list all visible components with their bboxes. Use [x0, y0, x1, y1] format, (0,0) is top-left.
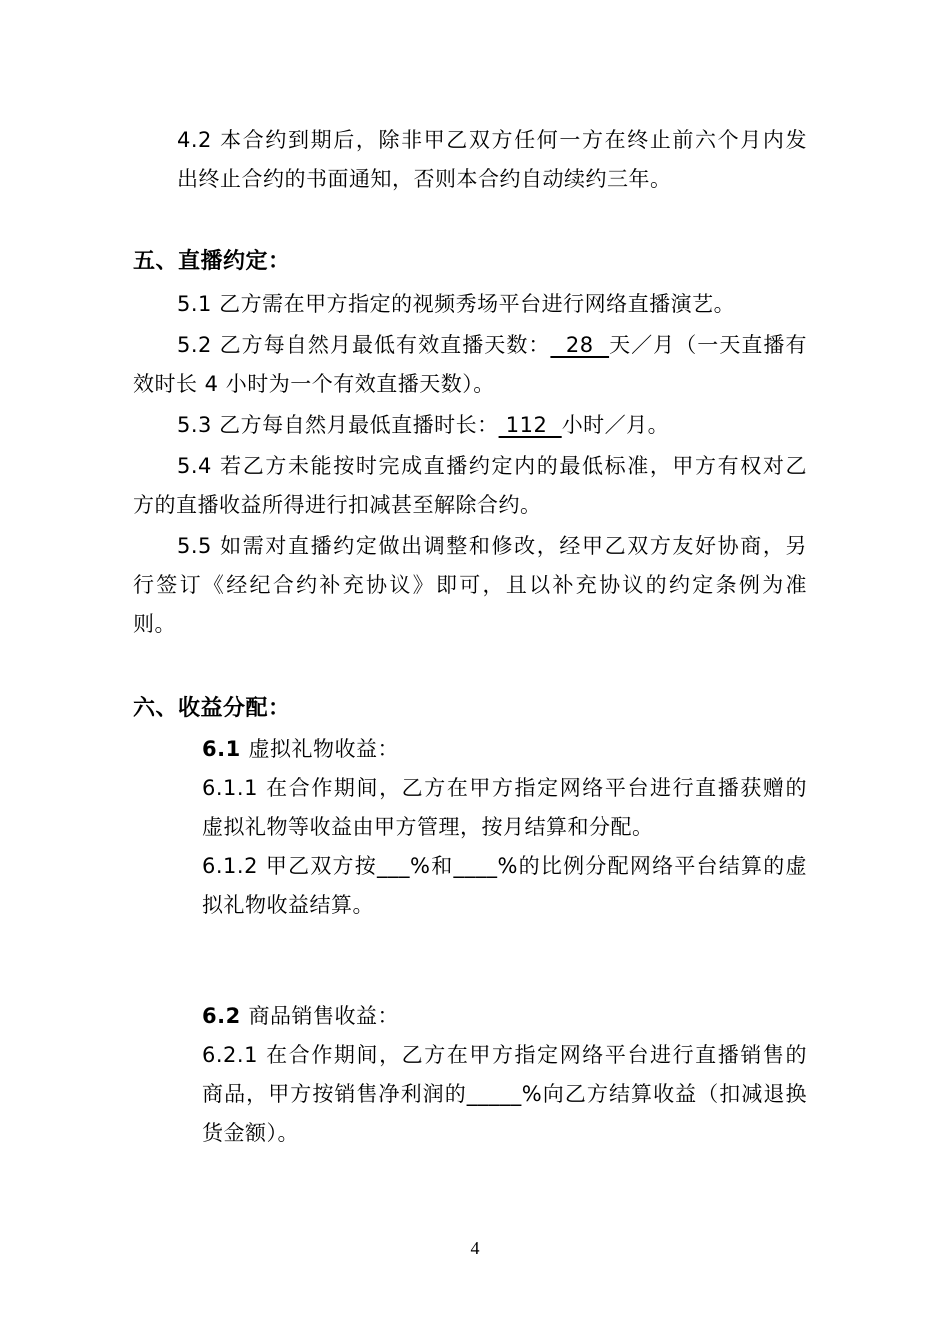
document-page: 4.2 本合约到期后，除非甲乙双方任何一方在终止前六个月内发出终止合约的书面通知… — [0, 0, 950, 1344]
para-5-2: 5.2 乙方每自然月最低有效直播天数： 28 天／月（一天直播有效时长 4 小时… — [133, 326, 807, 404]
text-segment: 6.2.1 在合作期间，乙方在甲方指定网络平台进行直播销售的 — [202, 1043, 807, 1067]
text-segment: 5.5 如需对直播约定做出调整和修改，经甲乙双方友好协商，另 — [177, 534, 807, 558]
text-segment: 商品销售收益： — [249, 1004, 400, 1028]
text-segment: 虚拟礼物等收益由甲方管理，按月结算和分配。 — [202, 815, 654, 839]
text-line: 6.1.1 在合作期间，乙方在甲方指定网络平台进行直播获赠的 — [133, 769, 807, 808]
heading-section-6: 六、收益分配： — [133, 689, 807, 728]
text-line: 6.1 虚拟礼物收益： — [133, 730, 807, 769]
heading-section-5: 五、直播约定： — [133, 242, 807, 281]
para-6-2-1: 6.2.1 在合作期间，乙方在甲方指定网络平台进行直播销售的商品，甲方按销售净利… — [133, 1036, 807, 1153]
filled-blank-value: 28 — [550, 333, 609, 357]
text-segment: 出终止合约的书面通知，否则本合约自动续约三年。 — [177, 167, 672, 191]
text-line: 5.2 乙方每自然月最低有效直播天数： 28 天／月（一天直播有 — [133, 326, 807, 365]
text-line: 出终止合约的书面通知，否则本合约自动续约三年。 — [133, 160, 807, 199]
para-5-1: 5.1 乙方需在甲方指定的视频秀场平台进行网络直播演艺。 — [133, 285, 807, 324]
filled-blank-value: 112 — [499, 413, 562, 437]
text-segment: 货金额）。 — [202, 1121, 299, 1145]
text-line: 效时长 4 小时为一个有效直播天数）。 — [133, 365, 807, 404]
para-6-1-2: 6.1.2 甲乙双方按___%和____%的比例分配网络平台结算的虚拟礼物收益结… — [133, 847, 807, 925]
text-line: 虚拟礼物等收益由甲方管理，按月结算和分配。 — [133, 808, 807, 847]
text-line: 5.5 如需对直播约定做出调整和修改，经甲乙双方友好协商，另 — [133, 527, 807, 566]
text-segment: 5.2 乙方每自然月最低有效直播天数： — [177, 333, 550, 357]
text-line: 方的直播收益所得进行扣减甚至解除合约。 — [133, 486, 807, 525]
text-segment: 行签订《经纪合约补充协议》即可，且以补充协议的约定条例为准 — [133, 573, 807, 597]
page-number: 4 — [0, 1238, 950, 1259]
text-segment: 方的直播收益所得进行扣减甚至解除合约。 — [133, 493, 542, 517]
text-line: 五、直播约定： — [133, 242, 807, 281]
text-line: 6.2 商品销售收益： — [133, 997, 807, 1036]
para-6-2: 6.2 商品销售收益： — [133, 997, 807, 1036]
text-line: 4.2 本合约到期后，除非甲乙双方任何一方在终止前六个月内发 — [133, 121, 807, 160]
text-segment: 效时长 4 小时为一个有效直播天数）。 — [133, 372, 495, 396]
text-segment: 6.2 — [202, 1004, 249, 1028]
para-6-1: 6.1 虚拟礼物收益： — [133, 730, 807, 769]
para-5-4: 5.4 若乙方未能按时完成直播约定内的最低标准，甲方有权对乙方的直播收益所得进行… — [133, 447, 807, 525]
text-segment: 拟礼物收益结算。 — [202, 893, 374, 917]
text-line: 5.3 乙方每自然月最低直播时长： 112 小时／月。 — [133, 406, 807, 445]
para-4-2: 4.2 本合约到期后，除非甲乙双方任何一方在终止前六个月内发出终止合约的书面通知… — [133, 121, 807, 199]
text-line: 货金额）。 — [133, 1114, 807, 1153]
text-segment: 4.2 本合约到期后，除非甲乙双方任何一方在终止前六个月内发 — [177, 128, 807, 152]
text-line: 5.1 乙方需在甲方指定的视频秀场平台进行网络直播演艺。 — [133, 285, 807, 324]
text-segment: 6.1 — [202, 737, 249, 761]
text-segment: 五、直播约定： — [133, 249, 291, 274]
text-line: 行签订《经纪合约补充协议》即可，且以补充协议的约定条例为准 — [133, 566, 807, 605]
para-5-5: 5.5 如需对直播约定做出调整和修改，经甲乙双方友好协商，另行签订《经纪合约补充… — [133, 527, 807, 644]
text-line: 则。 — [133, 605, 807, 644]
text-line: 拟礼物收益结算。 — [133, 886, 807, 925]
text-line: 六、收益分配： — [133, 689, 807, 728]
text-line: 6.2.1 在合作期间，乙方在甲方指定网络平台进行直播销售的 — [133, 1036, 807, 1075]
text-segment: 天／月（一天直播有 — [609, 333, 807, 357]
text-line: 6.1.2 甲乙双方按___%和____%的比例分配网络平台结算的虚 — [133, 847, 807, 886]
text-segment: 则。 — [133, 612, 176, 636]
para-6-1-1: 6.1.1 在合作期间，乙方在甲方指定网络平台进行直播获赠的虚拟礼物等收益由甲方… — [133, 769, 807, 847]
text-segment: 6.1.1 在合作期间，乙方在甲方指定网络平台进行直播获赠的 — [202, 776, 807, 800]
text-segment: 6.1.2 甲乙双方按___%和____%的比例分配网络平台结算的虚 — [202, 854, 807, 878]
text-segment: 5.3 乙方每自然月最低直播时长： — [177, 413, 499, 437]
document-content: 4.2 本合约到期后，除非甲乙双方任何一方在终止前六个月内发出终止合约的书面通知… — [133, 121, 807, 1153]
text-segment: 虚拟礼物收益： — [249, 737, 400, 761]
text-segment: 5.1 乙方需在甲方指定的视频秀场平台进行网络直播演艺。 — [177, 292, 735, 316]
text-line: 5.4 若乙方未能按时完成直播约定内的最低标准，甲方有权对乙 — [133, 447, 807, 486]
text-segment: 小时／月。 — [562, 413, 670, 437]
text-line: 商品，甲方按销售净利润的_____%向乙方结算收益（扣减退换 — [133, 1075, 807, 1114]
text-segment: 商品，甲方按销售净利润的_____%向乙方结算收益（扣减退换 — [202, 1082, 807, 1106]
text-segment: 5.4 若乙方未能按时完成直播约定内的最低标准，甲方有权对乙 — [177, 454, 807, 478]
text-segment: 六、收益分配： — [133, 696, 291, 721]
para-5-3: 5.3 乙方每自然月最低直播时长： 112 小时／月。 — [133, 406, 807, 445]
